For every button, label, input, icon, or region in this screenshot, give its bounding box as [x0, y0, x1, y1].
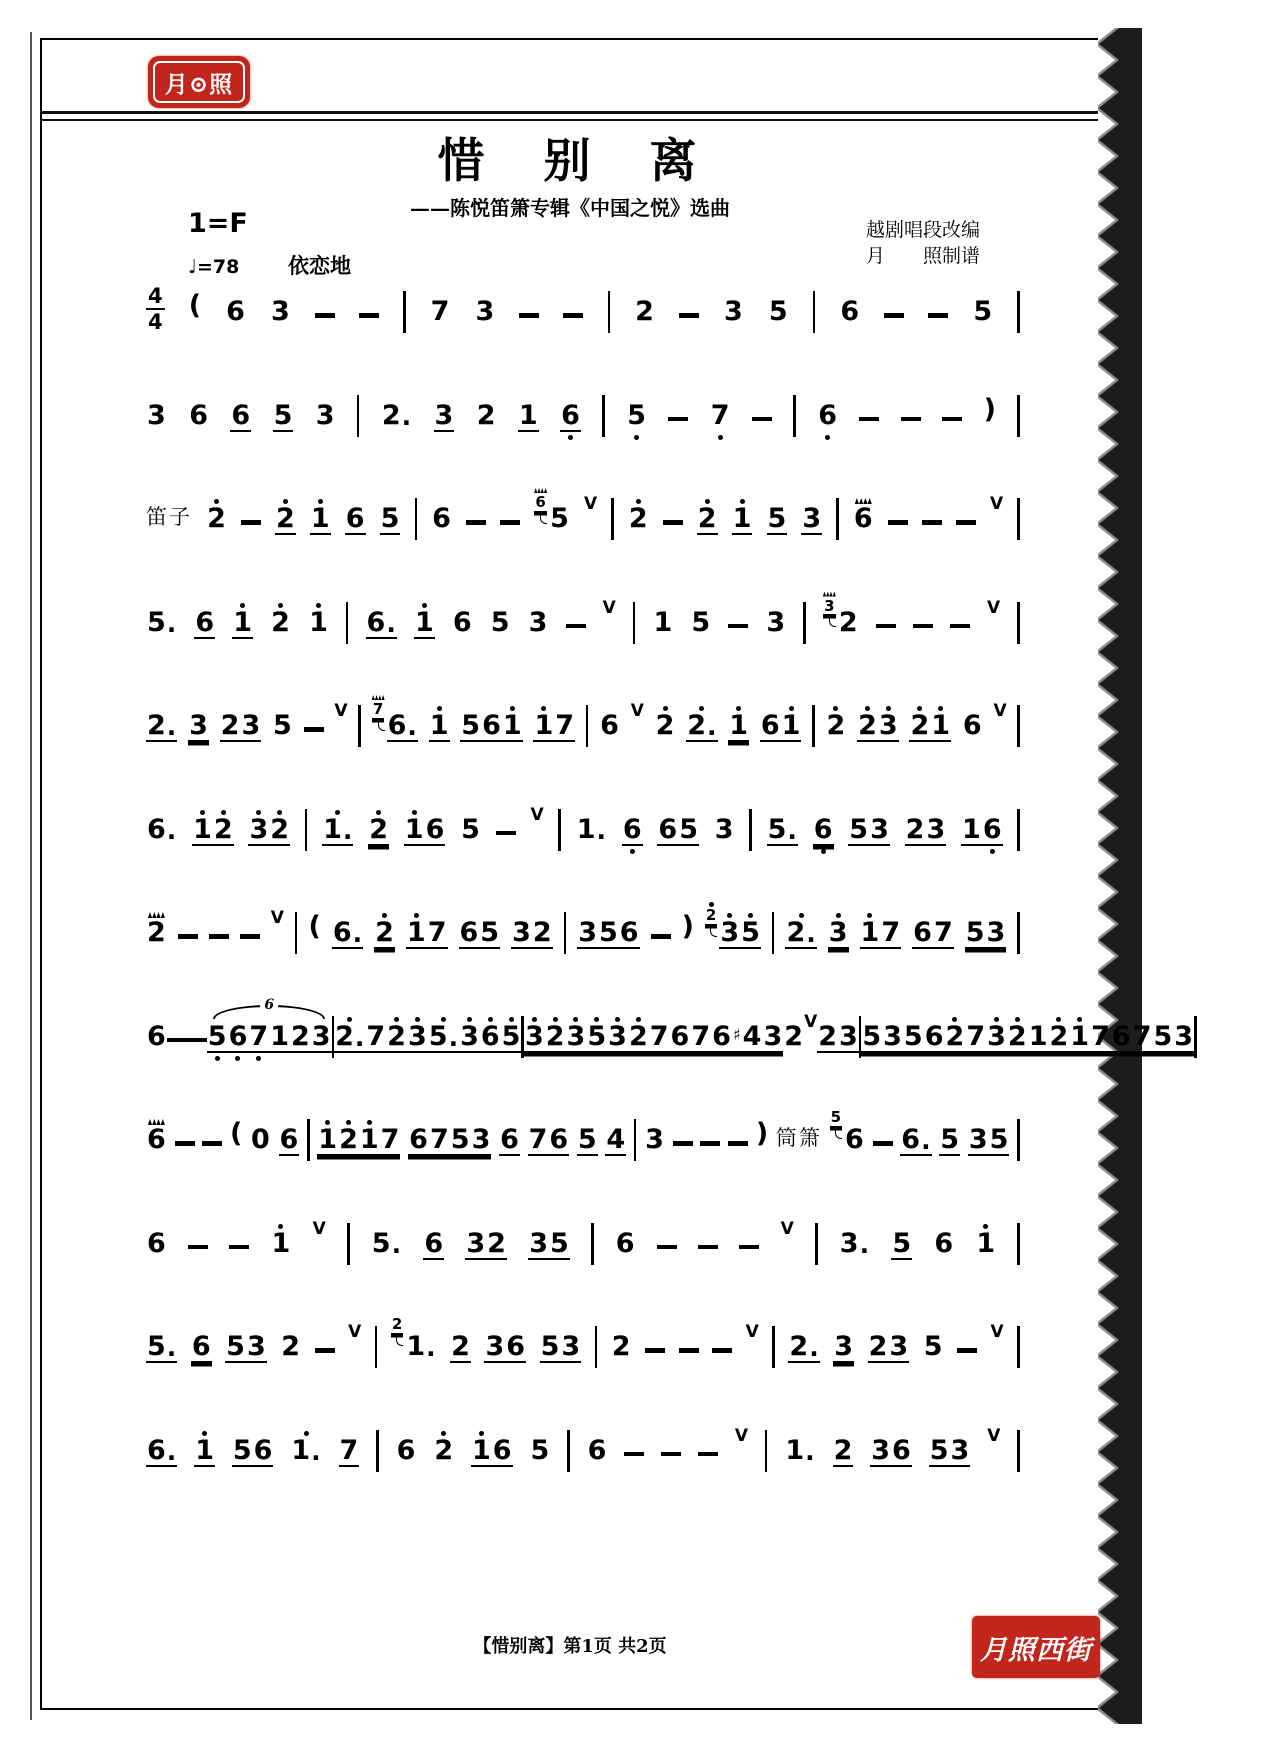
octave-dots	[215, 1056, 220, 1061]
note-stack: 3	[878, 694, 899, 740]
beam-group-wrap: 17	[533, 694, 575, 742]
octave-dots	[718, 435, 723, 440]
beam-group: 23	[868, 1315, 910, 1363]
note-stack: 1	[518, 384, 539, 432]
note-stack: 5	[501, 1005, 522, 1051]
barline	[358, 705, 361, 747]
duration-dash	[229, 1245, 249, 1250]
beam-group: 76	[528, 1108, 570, 1156]
note: 3	[146, 384, 167, 430]
note-stack: 6.	[900, 1108, 931, 1156]
beam-group-wrap: 23	[905, 798, 947, 846]
note-stack: 7	[380, 1108, 401, 1154]
note-stack: 6	[452, 591, 473, 637]
beam-group-wrap: 5356	[861, 1005, 944, 1053]
note: 1	[414, 591, 435, 639]
note-digit: 2	[213, 815, 234, 844]
breath-mark: V	[348, 1324, 361, 1341]
augmentation-dot: .	[707, 713, 717, 740]
note: 3	[644, 1108, 665, 1154]
note: 6	[146, 1212, 167, 1258]
note-stack: 6	[1111, 1005, 1132, 1051]
barline	[357, 395, 360, 437]
breath-mark: V	[990, 496, 1003, 513]
augmentation-dot: .	[860, 1231, 870, 1258]
beam-group-wrap: 2732	[945, 1005, 1028, 1053]
note-stack: 7	[430, 280, 451, 326]
beam-group-wrap: 23	[386, 1005, 428, 1053]
note: 6	[431, 487, 452, 533]
note: 6	[622, 798, 643, 846]
duration-dash	[888, 520, 908, 525]
note-stack: 1	[404, 798, 425, 844]
note-digit: 5.	[371, 1229, 402, 1258]
note-digit: 6	[711, 1022, 732, 1051]
note-above	[938, 694, 943, 711]
note: 2.7	[334, 1005, 386, 1053]
note-stack: 5	[690, 591, 711, 637]
note-digit: 5	[598, 918, 619, 947]
note-digit: 2	[220, 711, 241, 740]
augmentation-dot: .	[787, 817, 797, 844]
note-stack: 6.	[146, 1419, 177, 1467]
note: 3	[188, 694, 209, 742]
beam-group: 17	[860, 901, 902, 949]
note: 53	[929, 1419, 971, 1467]
note-digit: 1	[502, 711, 523, 740]
octave-dot	[630, 849, 635, 854]
note-digit: 7	[880, 918, 901, 947]
score-line-9: 6(0612176753676543)筒箫566.535	[146, 1108, 1020, 1212]
note-stack: 3	[762, 1005, 783, 1051]
duration-dash	[657, 1245, 677, 1250]
below-dots	[982, 849, 1003, 854]
note: 2.	[146, 694, 177, 742]
duration-dash	[700, 1141, 720, 1146]
note-digit: 3	[870, 1436, 891, 1465]
barline	[602, 395, 605, 437]
beam-group: 61	[760, 694, 802, 742]
score-line-12: 6.1561.7621656V1.23653V	[146, 1419, 1020, 1523]
barline	[1017, 602, 1020, 644]
barline	[608, 291, 611, 333]
note-digit: 6	[194, 608, 215, 637]
beam-group-wrap: 16	[404, 798, 446, 846]
beam-group-wrap: 32	[465, 1212, 507, 1260]
grace-note-digit: 7	[372, 701, 384, 720]
note-stack: 7	[429, 1108, 450, 1154]
note-digit: 6	[345, 504, 366, 533]
beam-group: 53	[965, 901, 1007, 949]
note: 561	[460, 694, 522, 742]
note-stack: 5.	[146, 591, 177, 637]
note-stack: 5	[939, 1108, 960, 1156]
beam-group: 23	[386, 1005, 428, 1053]
parenthesis: (	[189, 292, 201, 319]
note-above	[836, 901, 841, 918]
note-above	[412, 798, 417, 815]
note-stack: 3	[838, 1005, 859, 1051]
note-stack: 2	[338, 1108, 359, 1154]
note-above	[415, 1005, 420, 1022]
note-above	[148, 901, 165, 918]
note: 5	[490, 591, 511, 637]
note-stack: 7	[248, 1005, 269, 1051]
grace-hook	[829, 618, 836, 627]
note-digit: 6	[279, 1125, 300, 1154]
note-stack: 1.	[405, 1315, 436, 1361]
beam-group: 17	[533, 694, 575, 742]
breath-mark: V	[603, 600, 616, 617]
note-digit: 5	[460, 815, 481, 844]
note-digit: 2.	[381, 401, 412, 430]
instrument-label: 筒箫	[776, 1122, 822, 1152]
note: 53	[848, 798, 890, 846]
beam-group-wrap: 16	[471, 1419, 513, 1467]
note: 5	[577, 1108, 598, 1156]
note: 3	[315, 384, 336, 430]
note: 5.	[146, 591, 177, 637]
note: 3.	[839, 1212, 870, 1258]
note-stack: 6	[505, 1315, 526, 1361]
note-digit: 2	[826, 711, 847, 740]
note-digit: 3	[524, 1022, 545, 1051]
note: 6	[933, 1212, 954, 1258]
note-digit: 3	[474, 297, 495, 326]
note: 5	[891, 1212, 912, 1260]
note-stack: 6	[194, 591, 215, 639]
note-stack: 6	[191, 1315, 212, 1363]
note: 3	[270, 280, 291, 326]
note-stack: 2	[833, 1419, 854, 1467]
note-digit: 3	[801, 504, 822, 533]
grace-note-digit: 6	[534, 494, 546, 513]
note: 16	[404, 798, 446, 846]
beam-group: 16	[404, 798, 446, 846]
note-digit: 6	[146, 1022, 167, 1051]
score-line-10: 61V5.632356V3.561	[146, 1212, 1020, 1316]
note: 2	[655, 694, 676, 740]
score-line-7: 2V(6.2176532356)2352.3176753	[146, 901, 1020, 1005]
duration-dash	[651, 934, 671, 939]
note-digit: 5	[891, 1229, 912, 1258]
note-stack: 3	[315, 384, 336, 430]
note: 1.	[784, 1419, 815, 1465]
scan-edge-left	[30, 32, 32, 1720]
note-stack: 2.	[334, 1005, 365, 1051]
note-digit: 2	[628, 504, 649, 533]
note-stack: 5	[972, 280, 993, 326]
octave-dot	[634, 435, 639, 440]
note-stack: 2.	[788, 1315, 819, 1363]
note-stack: 3	[870, 1419, 891, 1465]
note: 17	[533, 694, 575, 742]
note-digit: 6.	[146, 815, 177, 844]
note-stack: 7	[365, 1005, 386, 1051]
note-digit: 3	[146, 401, 167, 430]
note-digit: 1	[406, 918, 427, 947]
note-digit: 6	[817, 401, 838, 430]
note-stack: 2	[486, 1212, 507, 1258]
note-above	[867, 901, 872, 918]
note-above	[636, 487, 641, 504]
beam-group-wrap: 12	[192, 798, 234, 846]
note: 76.	[372, 694, 418, 742]
note: 5	[273, 384, 294, 432]
note: 2	[374, 901, 395, 949]
note: 32	[511, 901, 553, 949]
duration-dash	[739, 1245, 759, 1250]
duration-dash	[566, 624, 586, 629]
note-stack: 1	[269, 1005, 290, 1051]
note-stack: 5	[965, 901, 986, 947]
note-digit: 6	[452, 608, 473, 637]
note-digit: 2	[545, 1022, 566, 1051]
note-stack: 2	[857, 694, 878, 740]
below-dots	[813, 849, 834, 854]
note-stack: 3	[407, 1005, 428, 1051]
note-digit: 6	[760, 711, 781, 740]
note: 6	[615, 1212, 636, 1258]
note-digit: 1	[471, 1436, 492, 1465]
note: 3	[528, 591, 549, 637]
duration-dash	[752, 417, 772, 422]
note-stack: 6	[587, 1419, 608, 1465]
beam-group: 76♯43	[690, 1005, 783, 1053]
note-digit: 5	[529, 1436, 550, 1465]
note: 6	[345, 487, 366, 535]
octave-dots	[634, 435, 639, 440]
note-stack: 1	[860, 901, 881, 947]
duration-dash	[178, 934, 198, 939]
note: 2	[783, 1005, 804, 1051]
note-above	[952, 1005, 957, 1022]
note: 1217	[317, 1108, 400, 1156]
grace-note-digit: 3	[823, 598, 835, 617]
note: 235	[705, 901, 761, 949]
note-digit: 6	[480, 1022, 501, 1051]
note-stack: 1	[975, 1212, 996, 1258]
note-digit: 2	[280, 1332, 301, 1361]
note-digit: 7	[1132, 1022, 1153, 1051]
note-digit: 2	[628, 1022, 649, 1051]
note: 6.	[146, 798, 177, 844]
note-digit: 1	[194, 1436, 215, 1465]
note: 1	[429, 694, 450, 742]
note-digit: 6	[499, 1125, 520, 1154]
note-digit: 1	[860, 918, 881, 947]
beam-group: 35	[968, 1108, 1010, 1156]
breath-mark: V	[987, 1428, 1000, 1445]
augmentation-dot: .	[402, 403, 412, 430]
beam-group-wrap: 23	[817, 1005, 859, 1053]
note-above	[325, 1108, 330, 1125]
note-digit: 1.	[576, 815, 607, 844]
note-digit: 2	[450, 1332, 471, 1361]
note-digit: 1	[269, 1022, 290, 1051]
note-digit: 6	[891, 1436, 912, 1465]
note: 53	[225, 1315, 267, 1363]
note-stack: 1.	[322, 798, 353, 846]
note: 67	[912, 901, 954, 949]
note: 2	[433, 1419, 454, 1465]
note-stack: 3	[528, 1212, 549, 1258]
note-stack: 1	[429, 694, 450, 742]
note: 4	[605, 1108, 626, 1156]
duration-dash	[698, 1245, 718, 1250]
duration-dash	[679, 1348, 699, 1353]
note: 6	[599, 694, 620, 740]
note-stack: 6	[933, 1212, 954, 1258]
augmentation-dot: .	[805, 1438, 815, 1465]
note-stack: 1	[728, 694, 749, 742]
note-above	[367, 1108, 372, 1125]
note-digit: 2	[857, 711, 878, 740]
note-digit: 2	[368, 815, 389, 844]
note-digit: 5	[577, 1125, 598, 1154]
beam-group: 35	[719, 901, 761, 949]
note-stack: 6	[499, 1108, 520, 1156]
note-digit: 3	[828, 918, 849, 947]
note-digit: 3	[888, 1332, 909, 1361]
note-stack: 2	[213, 798, 234, 844]
note: 6	[962, 694, 983, 740]
barline	[564, 912, 567, 954]
note-stack: 2	[868, 1315, 889, 1361]
note-digit: 2	[146, 918, 167, 947]
beam-group: 5356	[861, 1005, 944, 1053]
note: 5	[768, 280, 789, 326]
note-stack: 6	[670, 1005, 691, 1051]
note-stack: 3	[833, 1315, 854, 1363]
beam-group-wrap: 1217	[317, 1108, 400, 1156]
note: 21.	[391, 1315, 437, 1361]
beam-group: 32	[248, 798, 290, 846]
note-stack: 5	[891, 1212, 912, 1260]
note-stack: 7	[339, 1419, 360, 1467]
note-above	[376, 798, 381, 815]
note-above	[983, 1212, 988, 1229]
note-digit: 3	[188, 711, 209, 740]
note-above	[705, 487, 710, 504]
octave-dot	[568, 435, 573, 440]
score-line-1: 44(637323565	[146, 280, 1020, 384]
note-above	[422, 591, 427, 608]
note-digit: 2	[270, 608, 291, 637]
note: 6	[146, 1005, 167, 1051]
note-stack: 6.	[146, 798, 177, 844]
time-signature-denominator: 4	[148, 310, 163, 333]
barline	[611, 498, 614, 540]
duration-dash	[901, 417, 921, 422]
note: 23	[817, 1005, 859, 1053]
below-dots	[248, 1056, 269, 1061]
note: 5.3	[428, 1005, 480, 1053]
beam-group-wrap: 53	[929, 1419, 971, 1467]
note-above	[799, 901, 804, 918]
beam-group: 56	[232, 1419, 274, 1467]
note-digit: 1.	[322, 815, 353, 844]
beam-group-wrap: 23	[857, 694, 899, 742]
note-stack: 3	[248, 798, 269, 844]
note-stack: 3	[471, 1108, 492, 1154]
note: 5	[767, 487, 788, 535]
duration-dash	[563, 313, 583, 318]
note-stack: 1	[1028, 1005, 1049, 1051]
note-stack: 6	[431, 487, 452, 533]
note: 1	[271, 1212, 292, 1258]
barline	[376, 1430, 379, 1472]
note-digit: 5.	[428, 1022, 459, 1051]
note-digit: 6	[423, 1229, 444, 1258]
note-digit: 6	[844, 1125, 865, 1154]
note-above	[727, 901, 732, 918]
note-above	[347, 1005, 352, 1022]
time-signature: 44	[146, 286, 165, 333]
octave-dots	[256, 1056, 261, 1061]
beam-group: 53	[225, 1315, 267, 1363]
note: 17	[406, 901, 448, 949]
duration-dash	[359, 313, 379, 318]
note-stack: 6	[891, 1419, 912, 1465]
note-digit: 6	[912, 918, 933, 947]
duration-dash	[187, 1038, 207, 1043]
note: 1.	[290, 1419, 321, 1465]
note: 5	[626, 384, 647, 430]
barline	[1017, 1326, 1020, 1368]
note-digit: 2	[269, 815, 290, 844]
beam-group: 35	[528, 1212, 570, 1260]
beam-group-wrap: 3276	[607, 1005, 690, 1053]
note-digit: 7	[528, 1125, 549, 1154]
note-digit: 3	[560, 1332, 581, 1361]
beam-group: 65	[459, 901, 501, 949]
note: 2.	[686, 694, 717, 742]
note: 1	[194, 1419, 215, 1467]
barline	[415, 498, 418, 540]
note-stack: 6	[619, 901, 640, 947]
note-digit: 3	[986, 918, 1007, 947]
beam-group: 16	[471, 1419, 513, 1467]
note-stack: 1	[414, 591, 435, 639]
note-above	[541, 694, 546, 711]
octave-dots	[825, 435, 830, 440]
note-stack: 6	[345, 487, 366, 535]
note-stack: 1	[652, 591, 673, 637]
note: 5	[380, 487, 401, 535]
octave-dots	[990, 849, 995, 854]
key-signature: 1=F	[188, 208, 248, 239]
note-stack: 3	[801, 487, 822, 535]
note-digit: 2	[611, 1332, 632, 1361]
note-digit: 2	[1007, 1022, 1028, 1051]
beam-group: 32	[465, 1212, 507, 1260]
note-stack: 2	[386, 1005, 407, 1051]
beam-group: 36	[484, 1315, 526, 1363]
note-digit: 5	[1152, 1022, 1173, 1051]
note-stack: 3	[765, 591, 786, 637]
note-stack: 2	[783, 1005, 804, 1051]
note: 6	[839, 280, 860, 326]
note: 6	[230, 384, 251, 432]
note-stack: 6.	[332, 901, 363, 949]
note: 6	[813, 798, 834, 846]
credits: 越剧唱段改编 月 照制谱	[866, 218, 980, 269]
note: 6.	[146, 1419, 177, 1467]
note-digit: 3	[833, 1332, 854, 1361]
note-stack: 6	[548, 1108, 569, 1154]
beam-group: 1217	[1028, 1005, 1111, 1053]
